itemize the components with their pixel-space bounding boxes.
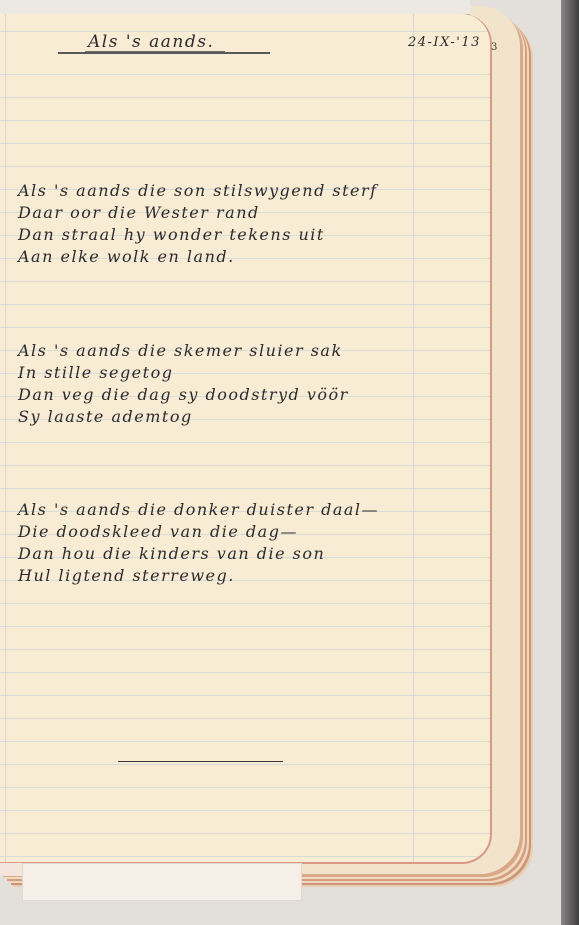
scanner-edge-shadow xyxy=(561,0,579,925)
poem-line: Hul ligtend sterreweg. xyxy=(18,565,379,587)
right-margin-line xyxy=(413,14,414,862)
poem-line: Die doodskleed van die dag— xyxy=(18,521,379,543)
poem-line: Dan hou die kinders van die son xyxy=(18,543,379,565)
paper-slip xyxy=(22,863,302,901)
ruled-lines xyxy=(0,14,490,862)
previous-page-edge xyxy=(0,0,470,15)
poem-line: Aan elke wolk en land. xyxy=(18,246,378,268)
poem-line: Als 's aands die donker duister daal— xyxy=(18,499,379,521)
poem-line: Als 's aands die son stilswygend sterf xyxy=(18,180,378,202)
poem-title: Als 's aands. xyxy=(88,32,214,52)
page-number: 3 xyxy=(491,42,499,53)
left-margin-line xyxy=(5,14,6,862)
poem-line: Sy laaste ademtog xyxy=(18,406,349,428)
stanza-3: Als 's aands die donker duister daal— Di… xyxy=(18,499,379,587)
title-underline xyxy=(58,52,270,54)
poem-line: Dan straal hy wonder tekens uit xyxy=(18,224,378,246)
notebook-page xyxy=(0,14,492,864)
poem-line: In stille segetog xyxy=(18,362,349,384)
paper-slip-edge xyxy=(0,863,24,876)
end-of-poem-rule xyxy=(118,761,283,762)
poem-line: Als 's aands die skemer sluier sak xyxy=(18,340,349,362)
poem-line: Daar oor die Wester rand xyxy=(18,202,378,224)
stanza-2: Als 's aands die skemer sluier sak In st… xyxy=(18,340,349,428)
title-underline-inner xyxy=(85,51,225,52)
entry-date: 24-IX-'13 xyxy=(408,35,481,50)
poem-line: Dan veg die dag sy doodstryd vöör xyxy=(18,384,349,406)
stanza-1: Als 's aands die son stilswygend sterf D… xyxy=(18,180,378,268)
